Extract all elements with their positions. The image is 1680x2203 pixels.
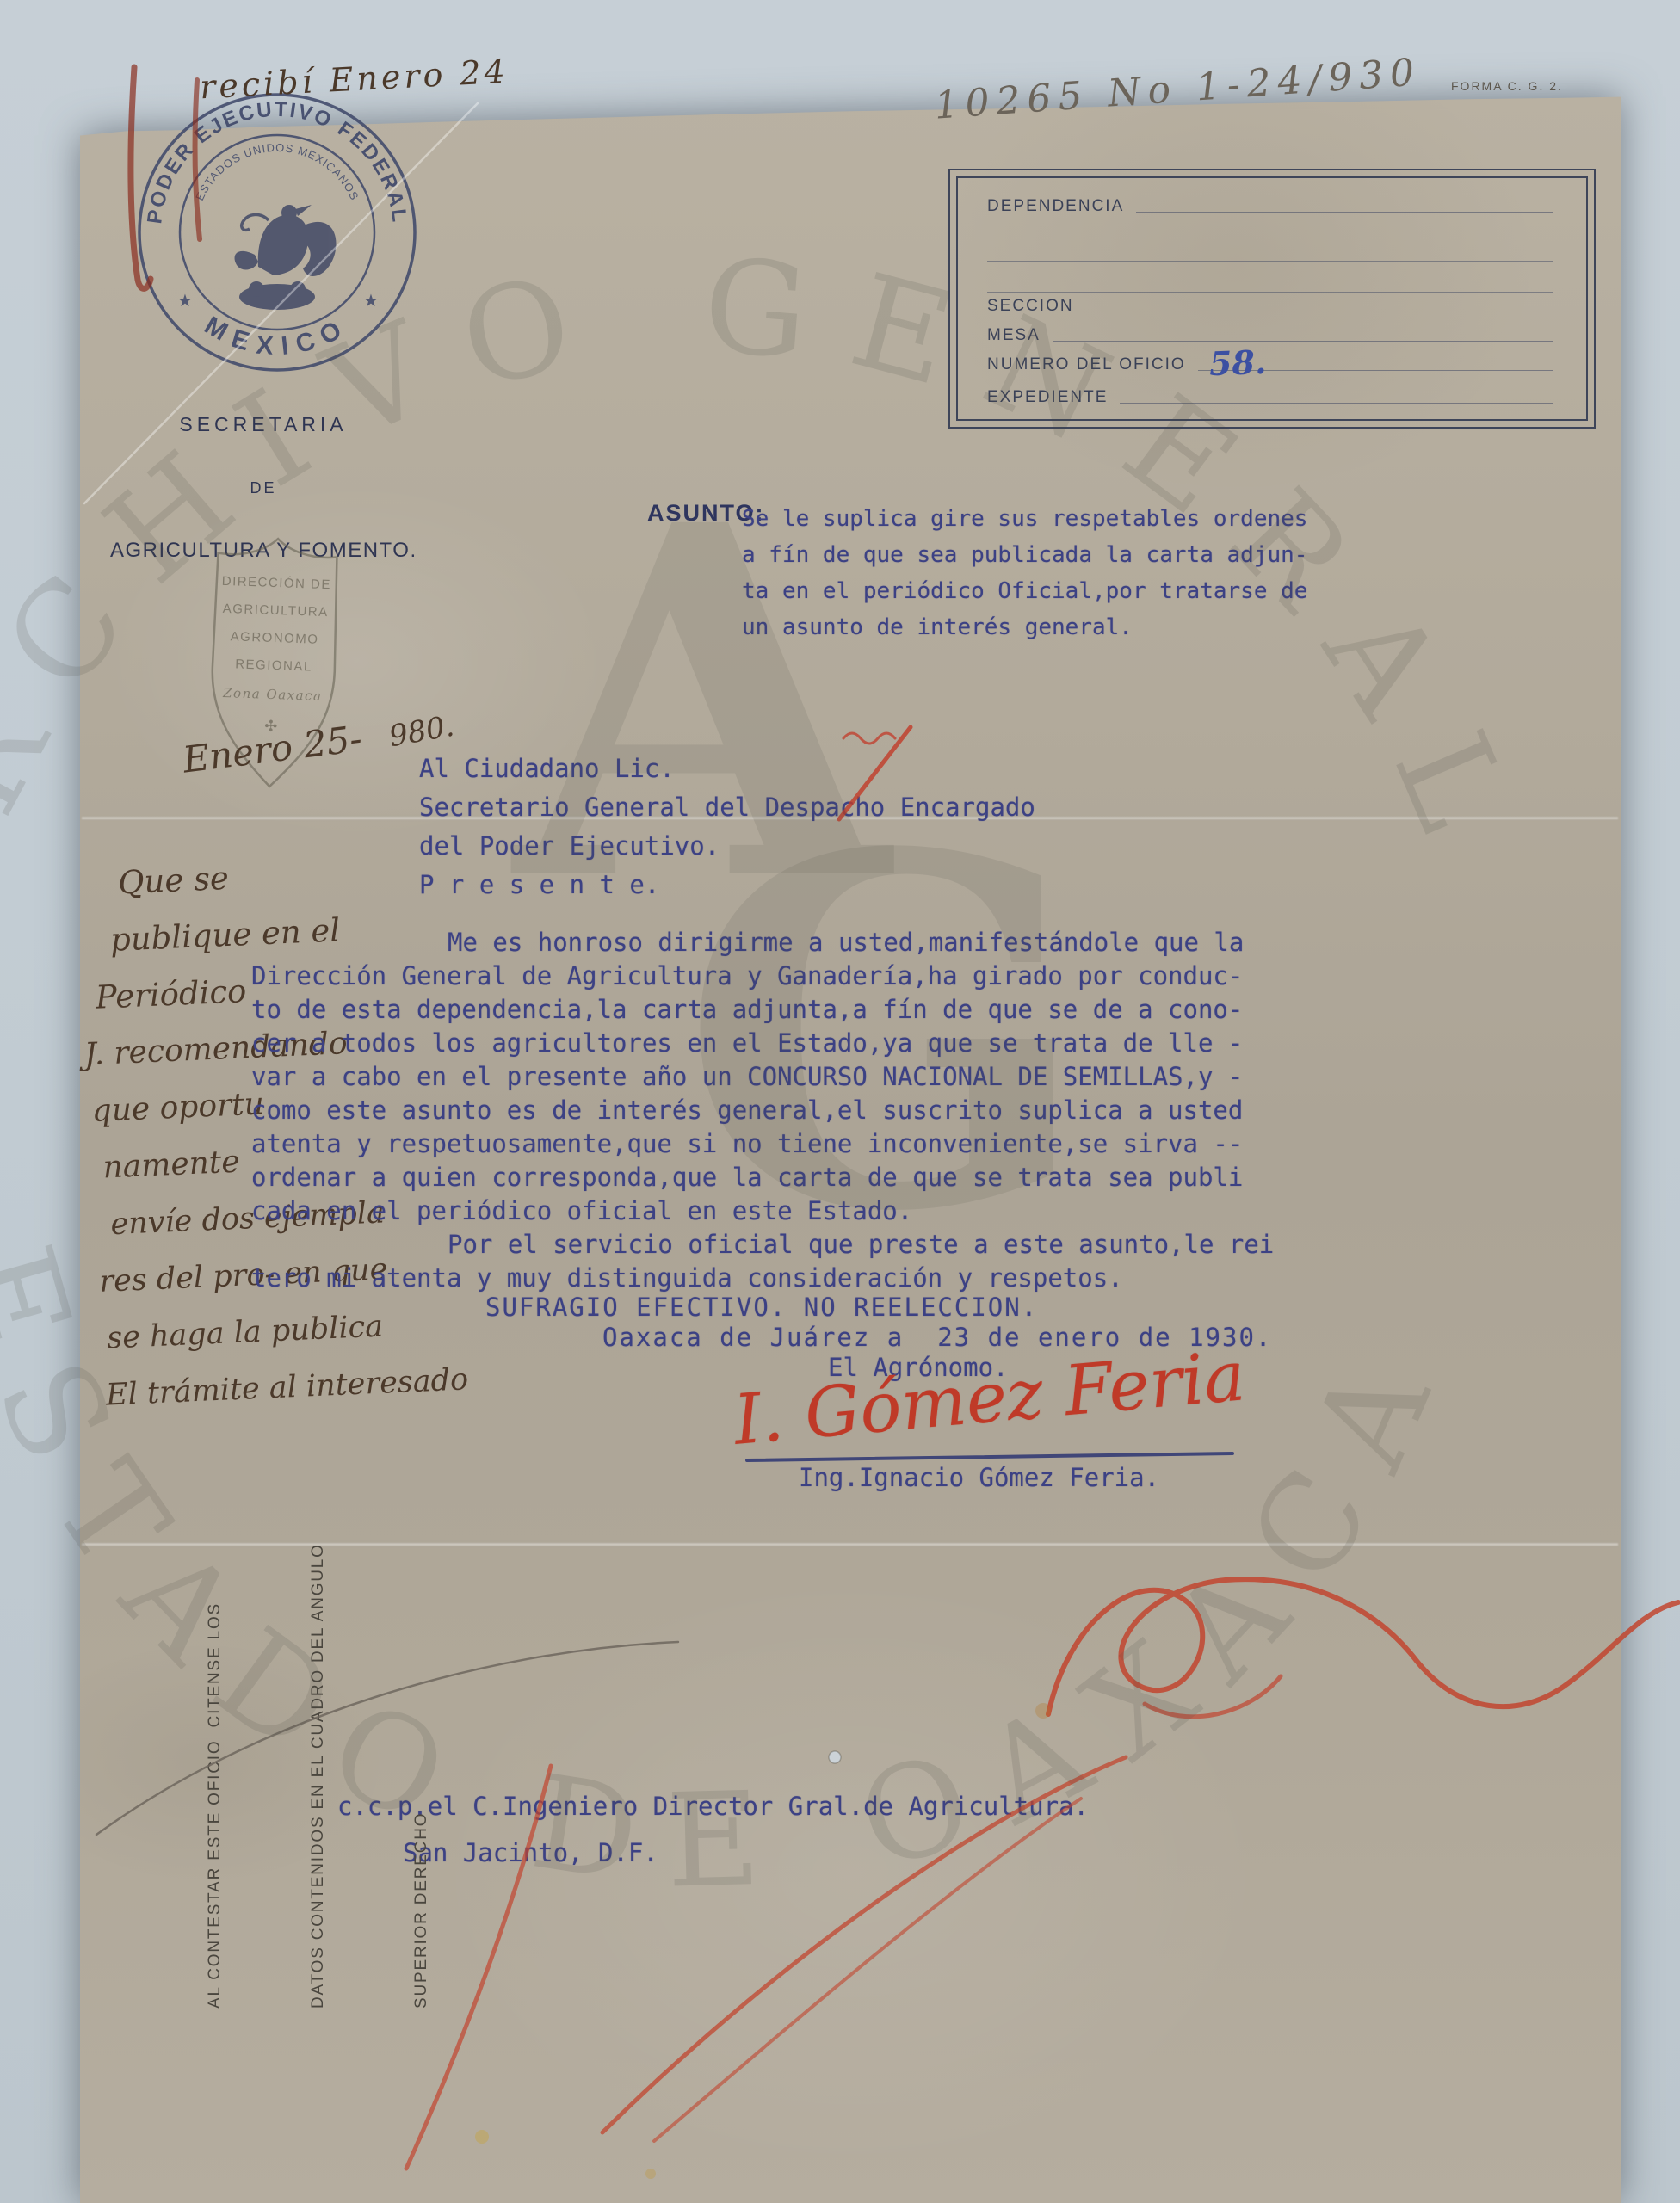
body-line: tero mi atenta y muy distinguida conside… — [251, 1263, 1123, 1293]
blank-line — [987, 292, 1553, 293]
dependencia-row: DEPENDENCIA — [987, 197, 1553, 216]
body-line: Me es honroso dirigirme a usted,manifest… — [251, 928, 1244, 957]
letterhead-line-de: DE — [110, 479, 417, 497]
expediente-row: EXPEDIENTE — [987, 388, 1553, 407]
side-note-line: AL CONTESTAR ESTE OFICIO CITENSE LOS — [198, 1527, 232, 2009]
numero-oficio-label: NUMERO DEL OFICIO — [987, 355, 1198, 374]
mesa-row: MESA — [987, 326, 1553, 345]
addressee-line: P r e s e n t e. — [419, 870, 659, 899]
forma-code: FORMA C. G. 2. — [1451, 79, 1563, 93]
expediente-blank-line — [1120, 402, 1553, 404]
side-note-line: DATOS CONTENIDOS EN EL CUADRO DEL ANGULO — [301, 1527, 336, 2009]
body-line: to de esta dependencia,la carta adjunta,… — [251, 995, 1243, 1024]
letterhead-line-secretaria: SECRETARIA — [110, 413, 417, 436]
asunto-line: Se le suplica gire sus respetables orden… — [742, 506, 1307, 532]
addressee-line: del Poder Ejecutivo. — [419, 831, 720, 861]
seccion-label: SECCION — [987, 297, 1086, 316]
body-line: cer a todos los agricultores en el Estad… — [251, 1028, 1243, 1058]
seccion-row: SECCION — [987, 297, 1553, 316]
expediente-label: EXPEDIENTE — [987, 388, 1120, 407]
reference-box-inner-border: DEPENDENCIA SECCION MESA NUMERO DEL OFIC… — [956, 176, 1588, 421]
asunto-line: un asunto de interés general. — [742, 614, 1133, 640]
body-line: ordenar a quien corresponda,que la carta… — [251, 1163, 1243, 1192]
body-line: Por el servicio oficial que preste a est… — [251, 1230, 1274, 1259]
asunto-line: a fín de que sea publicada la carta adju… — [742, 542, 1307, 568]
letterhead-line-agricultura: AGRICULTURA Y FOMENTO. — [110, 539, 417, 563]
dependencia-blank-line — [1136, 211, 1553, 213]
side-note-line: SUPERIOR DERECHO — [405, 1527, 439, 2009]
addressee-line: Secretario General del Despacho Encargad… — [419, 793, 1035, 822]
sufragio-line: SUFRAGIO EFECTIVO. NO REELECCION. — [485, 1293, 1038, 1322]
seccion-blank-line — [1086, 311, 1553, 312]
dependencia-label: DEPENDENCIA — [987, 197, 1136, 216]
body-line: cada en el periódico oficial en este Est… — [251, 1196, 912, 1225]
signature-typed-name: Ing.Ignacio Gómez Feria. — [799, 1463, 1159, 1492]
blank-line — [987, 261, 1553, 262]
numero-oficio-row: NUMERO DEL OFICIO — [987, 355, 1553, 374]
letterhead-department: SECRETARIA DE AGRICULTURA Y FOMENTO. — [110, 382, 417, 594]
body-line: como este asunto es de interés general,e… — [251, 1095, 1243, 1125]
asunto-line: ta en el periódico Oficial,por tratarse … — [742, 578, 1307, 604]
scanned-letter-page: PODER EJECUTIVO FEDERAL MEXICO ESTADOS U… — [0, 0, 1680, 2203]
body-line: atenta y respetuosamente,que si no tiene… — [251, 1129, 1243, 1158]
mesa-label: MESA — [987, 326, 1053, 345]
mesa-blank-line — [1053, 340, 1553, 342]
side-instruction-note: AL CONTESTAR ESTE OFICIO CITENSE LOS DAT… — [129, 1527, 508, 2009]
addressee-line: Al Ciudadano Lic. — [419, 754, 675, 783]
body-line: Dirección General de Agricultura y Ganad… — [251, 961, 1243, 990]
oficio-number-handwritten: 58. — [1208, 342, 1267, 383]
body-line: var a cabo en el presente año un CONCURS… — [251, 1062, 1243, 1091]
reference-box: DEPENDENCIA SECCION MESA NUMERO DEL OFIC… — [948, 169, 1596, 429]
